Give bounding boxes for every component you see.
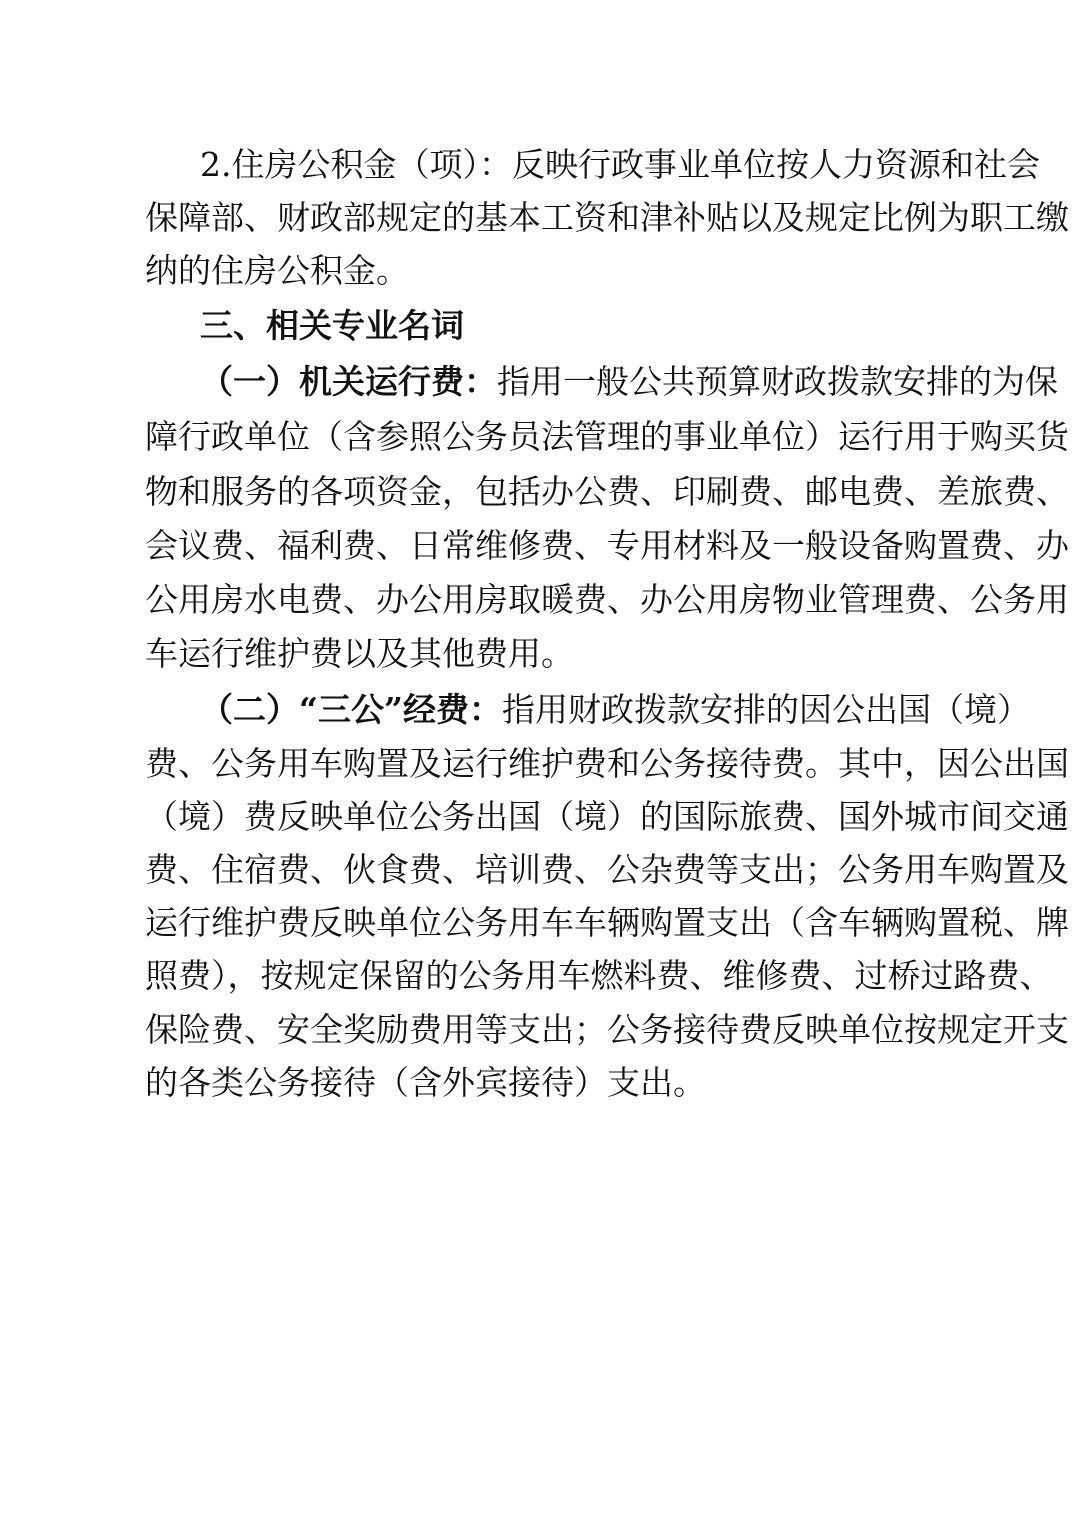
paragraph-housing-fund-line-1: 2.住房公积金（项）：反映行政事业单位按人力资源和社会 — [200, 145, 941, 185]
term-2-line-4: 费、住宿费、伙食费、培训费、公杂费等支出；公务用车购置及 — [145, 850, 941, 890]
term-2-line-6: 照费），按规定保留的公务用车燃料费、维修费、过桥过路费、 — [145, 956, 941, 996]
term-1-line-4: 会议费、福利费、日常维修费、专用材料及一般设备购置费、办 — [145, 526, 941, 566]
term-1-line-6: 车运行维护费以及其他费用。 — [145, 634, 941, 674]
term-2-line-8: 的各类公务接待（含外宾接待）支出。 — [145, 1063, 941, 1103]
section-heading-related-terms: 三、相关专业名词 — [200, 306, 941, 346]
term-1-first-line: （一）机关运行费： 指用一般公共预算财政拨款安排的为保 — [200, 362, 941, 402]
term-1-label: （一）机关运行费： — [200, 362, 497, 402]
term-2-line-2: 费、公务用车购置及运行维护费和公务接待费。其中，因公出国 — [145, 744, 941, 784]
document-page: 2.住房公积金（项）：反映行政事业单位按人力资源和社会 保障部、财政部规定的基本… — [0, 0, 1074, 1520]
term-1-line-2: 障行政单位（含参照公务员法管理的事业单位）运行用于购买货 — [145, 417, 941, 457]
term-2-line-5: 运行维护费反映单位公务用车车辆购置支出（含车辆购置税、牌 — [145, 903, 941, 943]
term-2-line-7: 保险费、安全奖励费用等支出；公务接待费反映单位按规定开支 — [145, 1010, 941, 1050]
term-2-first-line: （二）“三公”经费： 指用财政拨款安排的因公出国（境） — [200, 690, 941, 730]
term-1-line-3: 物和服务的各项资金，包括办公费、印刷费、邮电费、差旅费、 — [145, 472, 941, 512]
term-2-first-line-text: 指用财政拨款安排的因公出国（境） — [502, 690, 1030, 730]
paragraph-housing-fund-line-2: 保障部、财政部规定的基本工资和津补贴以及规定比例为职工缴 — [145, 198, 941, 238]
paragraph-housing-fund-line-3: 纳的住房公积金。 — [145, 251, 941, 291]
term-2-line-3: （境）费反映单位公务出国（境）的国际旅费、国外城市间交通 — [145, 797, 941, 837]
term-1-line-5: 公用房水电费、办公用房取暖费、办公用房物业管理费、公务用 — [145, 580, 941, 620]
term-2-label: （二）“三公”经费： — [200, 690, 502, 730]
term-1-first-line-text: 指用一般公共预算财政拨款安排的为保 — [497, 362, 1058, 402]
